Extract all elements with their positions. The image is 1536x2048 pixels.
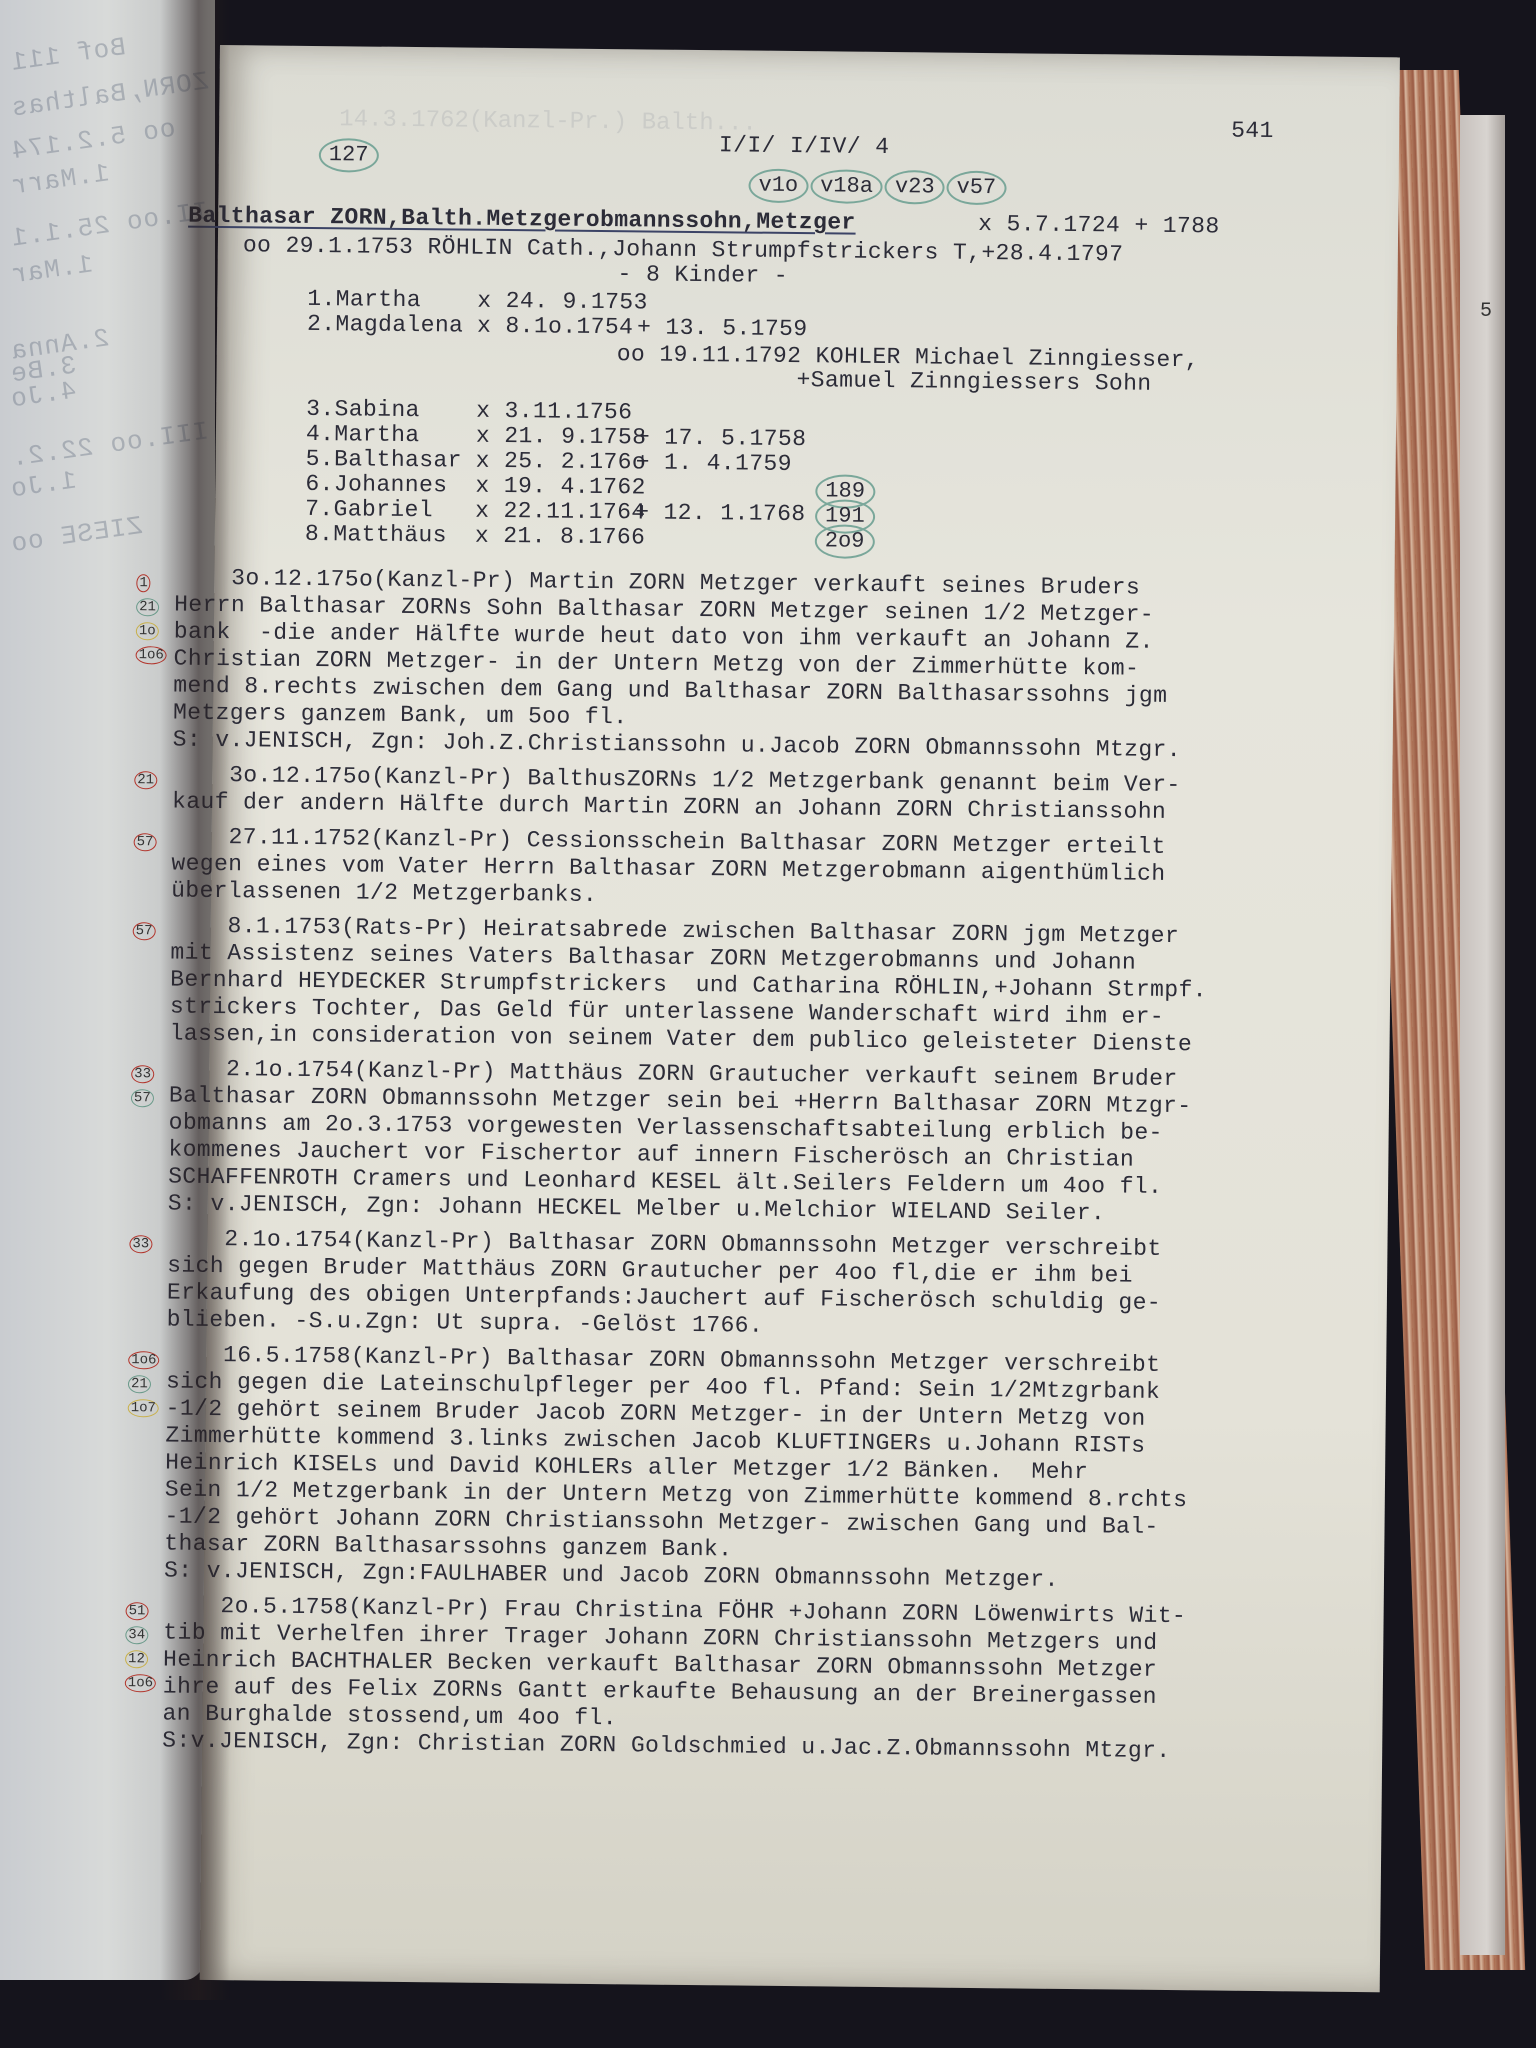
margin-annotation: 57 <box>133 922 156 940</box>
entry-number-badge: 127 <box>319 138 379 173</box>
child-name: 8.Matthäus <box>305 521 447 548</box>
margin-annotation: 33 <box>129 1235 152 1253</box>
child-death-date: + 1. 4.1759 <box>636 449 792 477</box>
entry-line: an Burghalde stossend,um 4oo fl. <box>162 1700 617 1731</box>
magdalena-marriage-line2: +Samuel Zinngiessers Sohn <box>796 367 1151 397</box>
children-count: - 8 Kinder - <box>617 261 788 289</box>
margin-annotation: 1o6 <box>125 1674 156 1692</box>
child-name: 5.Balthasar <box>306 446 462 474</box>
edge-page-number: 5 <box>1480 300 1492 323</box>
margin-annotation: 21 <box>128 1375 151 1393</box>
margin-annotation: 51 <box>126 1602 149 1620</box>
child-birth-date: x 21. 8.1766 <box>475 523 646 551</box>
document-page: 541 I/I/ I/IV/ 4 127 v1ov18av23v57 Balth… <box>200 45 1400 1992</box>
left-page-ghost-line: 1.Mar <box>8 249 94 290</box>
page-number: 541 <box>1231 118 1274 144</box>
record-entry: 3o.12.175o(Kanzl-Pr) BalthusZORNs 1/2 Me… <box>220 45 1400 57</box>
cross-reference-list: v1ov18av23v57 <box>748 169 1006 206</box>
child-death-date: + 17. 5.1758 <box>636 424 807 452</box>
child-birth-date: x 19. 4.1762 <box>475 473 646 501</box>
margin-annotation: 57 <box>134 833 157 851</box>
record-entry: 2o.5.1758(Kanzl-Pr) Frau Christina FÖHR … <box>220 45 1400 57</box>
record-entry: 8.1.1753(Rats-Pr) Heiratsabrede zwischen… <box>220 45 1400 57</box>
child-name: 7.Gabriel <box>305 496 433 523</box>
entry-line: Metzgers ganzem Bank, um 5oo fl. <box>173 700 628 731</box>
record-entries: 3o.12.175o(Kanzl-Pr) Martin ZORN Metzger… <box>220 45 1400 57</box>
child-name: 2.Magdalena <box>307 311 463 339</box>
entry-line: S:v.JENISCH, Zgn: Christian ZORN Goldsch… <box>162 1727 1171 1764</box>
child-name: 1.Martha <box>307 286 421 313</box>
child-birth-date: x 21. 9.1758 <box>476 423 647 451</box>
margin-annotation: 1o <box>136 622 159 640</box>
margin-annotation: 12 <box>125 1650 148 1668</box>
margin-annotation: 57 <box>131 1089 154 1107</box>
cross-reference-badge: v1o <box>748 169 808 204</box>
cross-reference-badge: v18a <box>810 169 883 204</box>
child-birth-date: x 8.1o.1754 <box>477 313 633 341</box>
margin-annotation: 33 <box>131 1065 154 1083</box>
margin-annotation: 34 <box>125 1626 148 1644</box>
edge-page <box>1460 115 1505 1955</box>
entry-line: überlassenen 1/2 Metzgerbanks. <box>171 878 597 908</box>
book-gutter <box>160 0 230 2000</box>
entry-line: blieben. -S.u.Zgn: Ut supra. -Gelöst 176… <box>167 1307 764 1339</box>
child-death-date: + 13. 5.1759 <box>637 314 808 342</box>
child-birth-date: x 24. 9.1753 <box>477 288 648 316</box>
entry-line: S: v.JENISCH, Zgn:FAULHABER und Jacob ZO… <box>164 1557 1059 1592</box>
record-entry: 16.5.1758(Kanzl-Pr) Balthasar ZORN Obman… <box>220 45 1400 57</box>
child-reference-badge: 2o9 <box>815 524 875 559</box>
record-entry: 3o.12.175o(Kanzl-Pr) Martin ZORN Metzger… <box>220 45 1400 57</box>
person-heading: Balthasar ZORN,Balth.Metzgerobmannssohn,… <box>188 203 856 236</box>
child-name: 3.Sabina <box>306 396 420 423</box>
margin-annotation: 1o7 <box>128 1399 159 1417</box>
child-birth-date: x 22.11.1764 <box>475 498 646 526</box>
left-page-ghost-line: Bof 111 <box>8 32 127 78</box>
person-birth-death: x 5.7.1724 + 1788 <box>978 211 1220 240</box>
cross-reference-badge: v57 <box>946 171 1006 206</box>
record-entry: 2.1o.1754(Kanzl-Pr) Balthasar ZORN Obman… <box>220 45 1400 57</box>
children-table: 1.Marthax 24. 9.17532.Magdalenax 8.1o.17… <box>220 45 1400 57</box>
child-name: 6.Johannes <box>305 471 447 498</box>
record-entry: 27.11.1752(Kanzl-Pr) Cessionsschein Balt… <box>220 45 1400 57</box>
left-page-ghost-line: oo 5.2.174 <box>9 114 178 167</box>
margin-annotation: 1o6 <box>128 1351 159 1369</box>
child-birth-date: x 25. 2.176o <box>476 448 647 476</box>
record-entry: 2.1o.1754(Kanzl-Pr) Matthäus ZORN Grautu… <box>220 45 1400 57</box>
left-page-ghost-line: ZIESE oo <box>9 511 145 559</box>
child-death-date: + 12. 1.1768 <box>635 499 806 527</box>
child-name: 4.Martha <box>306 421 420 448</box>
cross-reference-badge: v23 <box>885 170 945 205</box>
entry-line: S: v.JENISCH, Zgn: Joh.Z.Christianssohn … <box>173 727 1182 764</box>
margin-annotation: 21 <box>134 771 157 789</box>
child-birth-date: x 3.11.1756 <box>476 398 632 426</box>
margin-annotation: 21 <box>136 598 159 616</box>
